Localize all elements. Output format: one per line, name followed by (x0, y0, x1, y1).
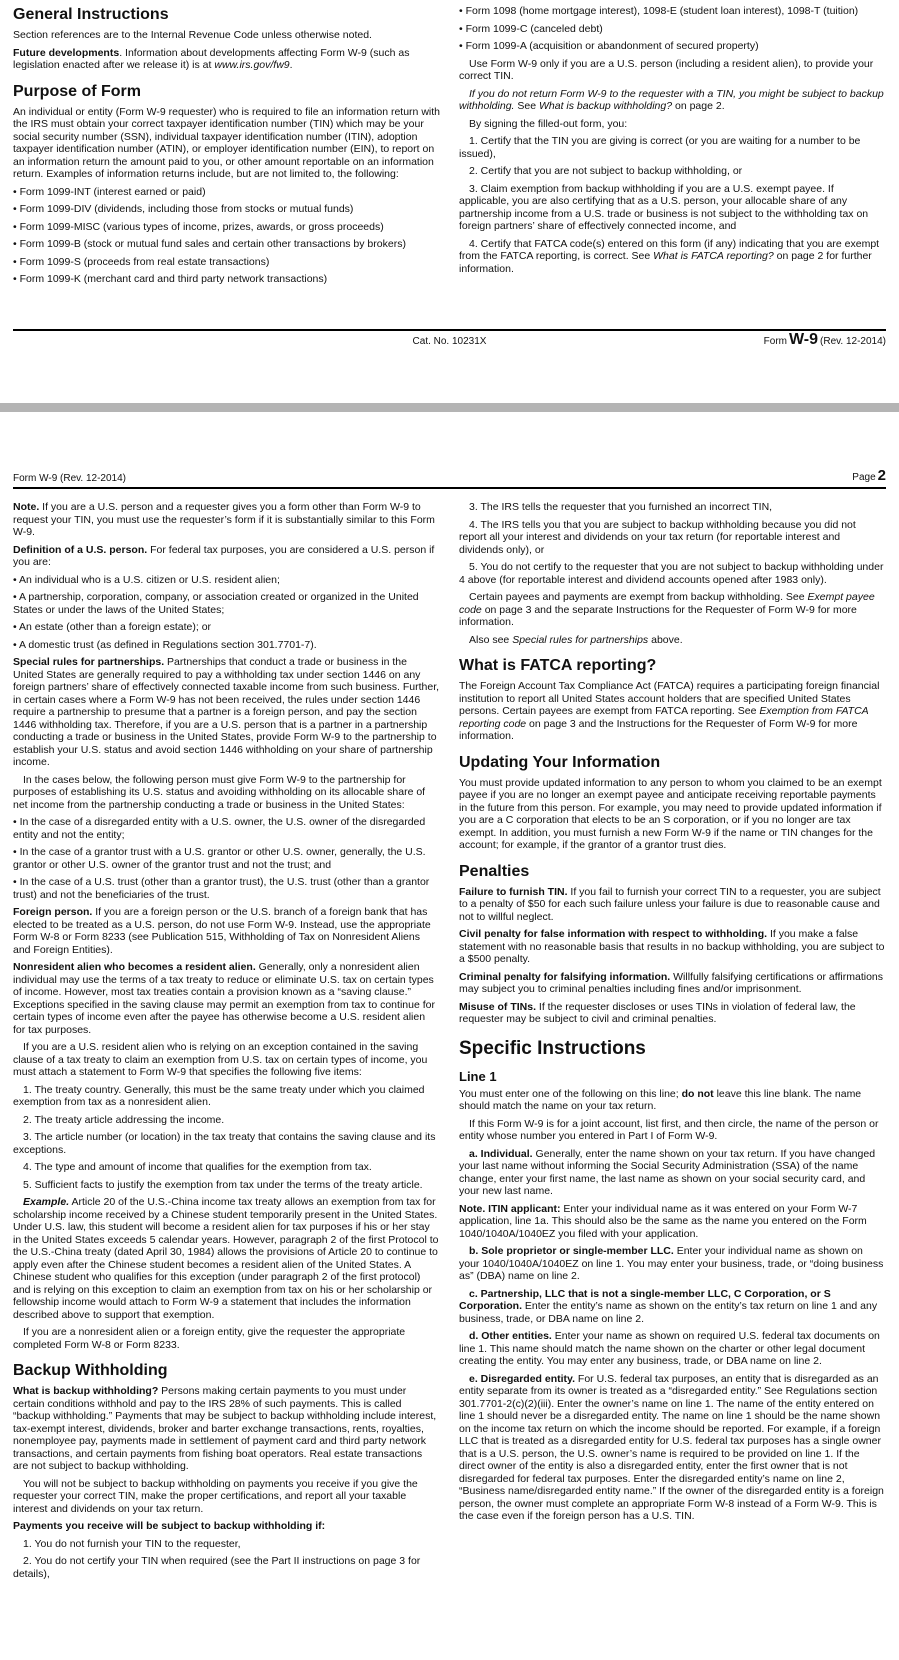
page-number-value: 2 (878, 467, 886, 484)
page2-left-column: Note. If you are a U.S. person and a req… (13, 501, 440, 1585)
form-name: W-9 (789, 331, 818, 348)
form-identifier: FormW-9(Rev. 12-2014) (764, 331, 886, 349)
paragraph: 3. Claim exemption from backup withholdi… (459, 183, 886, 233)
paragraph: 5. Sufficient facts to justify the exemp… (13, 1179, 440, 1192)
section-heading: Specific Instructions (459, 1038, 886, 1060)
paragraph: You must enter one of the following on t… (459, 1088, 886, 1113)
paragraph: c. Partnership, LLC that is not a single… (459, 1288, 886, 1326)
paragraph: 1. Certify that the TIN you are giving i… (459, 135, 886, 160)
section-heading: Penalties (459, 862, 886, 881)
paragraph: Note. If you are a U.S. person and a req… (13, 501, 440, 539)
section-heading: General Instructions (13, 5, 440, 24)
page1-left-column: General InstructionsSection references a… (13, 5, 440, 291)
paragraph: Criminal penalty for falsifying informat… (459, 971, 886, 996)
bullet-item: • A domestic trust (as defined in Regula… (13, 639, 440, 652)
paragraph: If this Form W-9 is for a joint account,… (459, 1118, 886, 1143)
paragraph: By signing the filled-out form, you: (459, 118, 886, 131)
bullet-item: • Form 1099-S (proceeds from real estate… (13, 256, 440, 269)
paragraph: Failure to furnish TIN. If you fail to f… (459, 886, 886, 924)
paragraph: If you are a nonresident alien or a fore… (13, 1326, 440, 1351)
page1-right-column: • Form 1098 (home mortgage interest), 10… (459, 5, 886, 291)
bullet-item: • Form 1099-MISC (various types of incom… (13, 221, 440, 234)
page-number: Page2 (852, 467, 886, 484)
paragraph: What is backup withholding? Persons maki… (13, 1385, 440, 1473)
page-2: Form W-9 (Rev. 12-2014) Page2 Note. If y… (0, 412, 899, 1660)
paragraph: 2. You do not certify your TIN when requ… (13, 1555, 440, 1580)
paragraph: 1. The treaty country. Generally, this m… (13, 1084, 440, 1109)
section-heading: Updating Your Information (459, 753, 886, 772)
form-word: Form (764, 336, 787, 347)
paragraph: Certain payees and payments are exempt f… (459, 591, 886, 629)
paragraph: d. Other entities. Enter your name as sh… (459, 1330, 886, 1368)
section-heading: Purpose of Form (13, 82, 440, 101)
paragraph: e. Disregarded entity. For U.S. federal … (459, 1373, 886, 1523)
form-reference: Form W-9 (Rev. 12-2014) (13, 473, 126, 484)
paragraph: Also see Special rules for partnerships … (459, 634, 886, 647)
bullet-item: • A partnership, corporation, company, o… (13, 591, 440, 616)
paragraph: b. Sole proprietor or single-member LLC.… (459, 1245, 886, 1283)
bullet-item: • In the case of a U.S. trust (other tha… (13, 876, 440, 901)
bullet-item: • Form 1098 (home mortgage interest), 10… (459, 5, 886, 18)
paragraph: Nonresident alien who becomes a resident… (13, 961, 440, 1036)
paragraph: 3. The article number (or location) in t… (13, 1131, 440, 1156)
paragraph: Example. Article 20 of the U.S.-China in… (13, 1196, 440, 1321)
paragraph: Section references are to the Internal R… (13, 29, 440, 42)
paragraph: a. Individual. Generally, enter the name… (459, 1148, 886, 1198)
paragraph: 2. Certify that you are not subject to b… (459, 165, 886, 178)
page1-footer: Cat. No. 10231X FormW-9(Rev. 12-2014) (13, 329, 886, 352)
bullet-item: • An individual who is a U.S. citizen or… (13, 574, 440, 587)
bullet-item: • Form 1099-INT (interest earned or paid… (13, 186, 440, 199)
paragraph: An individual or entity (Form W-9 reques… (13, 106, 440, 181)
paragraph: You must provide updated information to … (459, 777, 886, 852)
bullet-item: • In the case of a disregarded entity wi… (13, 816, 440, 841)
bullet-item: • An estate (other than a foreign estate… (13, 621, 440, 634)
paragraph: If you are a U.S. resident alien who is … (13, 1041, 440, 1079)
page-word: Page (852, 472, 875, 483)
bullet-item: • Form 1099-A (acquisition or abandonmen… (459, 40, 886, 53)
page2-header: Form W-9 (Rev. 12-2014) Page2 (13, 467, 886, 489)
page1-columns: General InstructionsSection references a… (0, 0, 899, 291)
form-revision: (Rev. 12-2014) (820, 336, 886, 347)
page2-right-column: 3. The IRS tells the requester that you … (459, 501, 886, 1585)
section-heading: Backup Withholding (13, 1361, 440, 1380)
bullet-item: • Form 1099-DIV (dividends, including th… (13, 203, 440, 216)
page2-columns: Note. If you are a U.S. person and a req… (0, 489, 899, 1585)
paragraph: Future developments. Information about d… (13, 47, 440, 72)
bullet-item: • Form 1099-C (canceled debt) (459, 23, 886, 36)
paragraph: If you do not return Form W-9 to the req… (459, 88, 886, 113)
paragraph: Note. ITIN applicant: Enter your individ… (459, 1203, 886, 1241)
paragraph: Civil penalty for false information with… (459, 928, 886, 966)
bullet-item: • In the case of a grantor trust with a … (13, 846, 440, 871)
section-heading: What is FATCA reporting? (459, 656, 886, 675)
paragraph: You will not be subject to backup withho… (13, 1478, 440, 1516)
paragraph: Foreign person. If you are a foreign per… (13, 906, 440, 956)
paragraph: 2. The treaty article addressing the inc… (13, 1114, 440, 1127)
page-1: General InstructionsSection references a… (0, 0, 899, 403)
paragraph: Payments you receive will be subject to … (13, 1520, 440, 1533)
paragraph: 4. The type and amount of income that qu… (13, 1161, 440, 1174)
paragraph: Use Form W-9 only if you are a U.S. pers… (459, 58, 886, 83)
paragraph: 3. The IRS tells the requester that you … (459, 501, 886, 514)
page-divider (0, 403, 899, 412)
paragraph: In the cases below, the following person… (13, 774, 440, 812)
paragraph: 1. You do not furnish your TIN to the re… (13, 1538, 440, 1551)
paragraph: 4. Certify that FATCA code(s) entered on… (459, 238, 886, 276)
paragraph: 4. The IRS tells you that you are subjec… (459, 519, 886, 557)
bullet-item: • Form 1099-K (merchant card and third p… (13, 273, 440, 286)
paragraph: The Foreign Account Tax Compliance Act (… (459, 680, 886, 743)
catalog-number: Cat. No. 10231X (13, 336, 886, 347)
paragraph: Misuse of TINs. If the requester disclos… (459, 1001, 886, 1026)
paragraph: Definition of a U.S. person. For federal… (13, 544, 440, 569)
bullet-item: • Form 1099-B (stock or mutual fund sale… (13, 238, 440, 251)
paragraph: Special rules for partnerships. Partners… (13, 656, 440, 769)
paragraph: 5. You do not certify to the requester t… (459, 561, 886, 586)
section-heading: Line 1 (459, 1069, 886, 1084)
